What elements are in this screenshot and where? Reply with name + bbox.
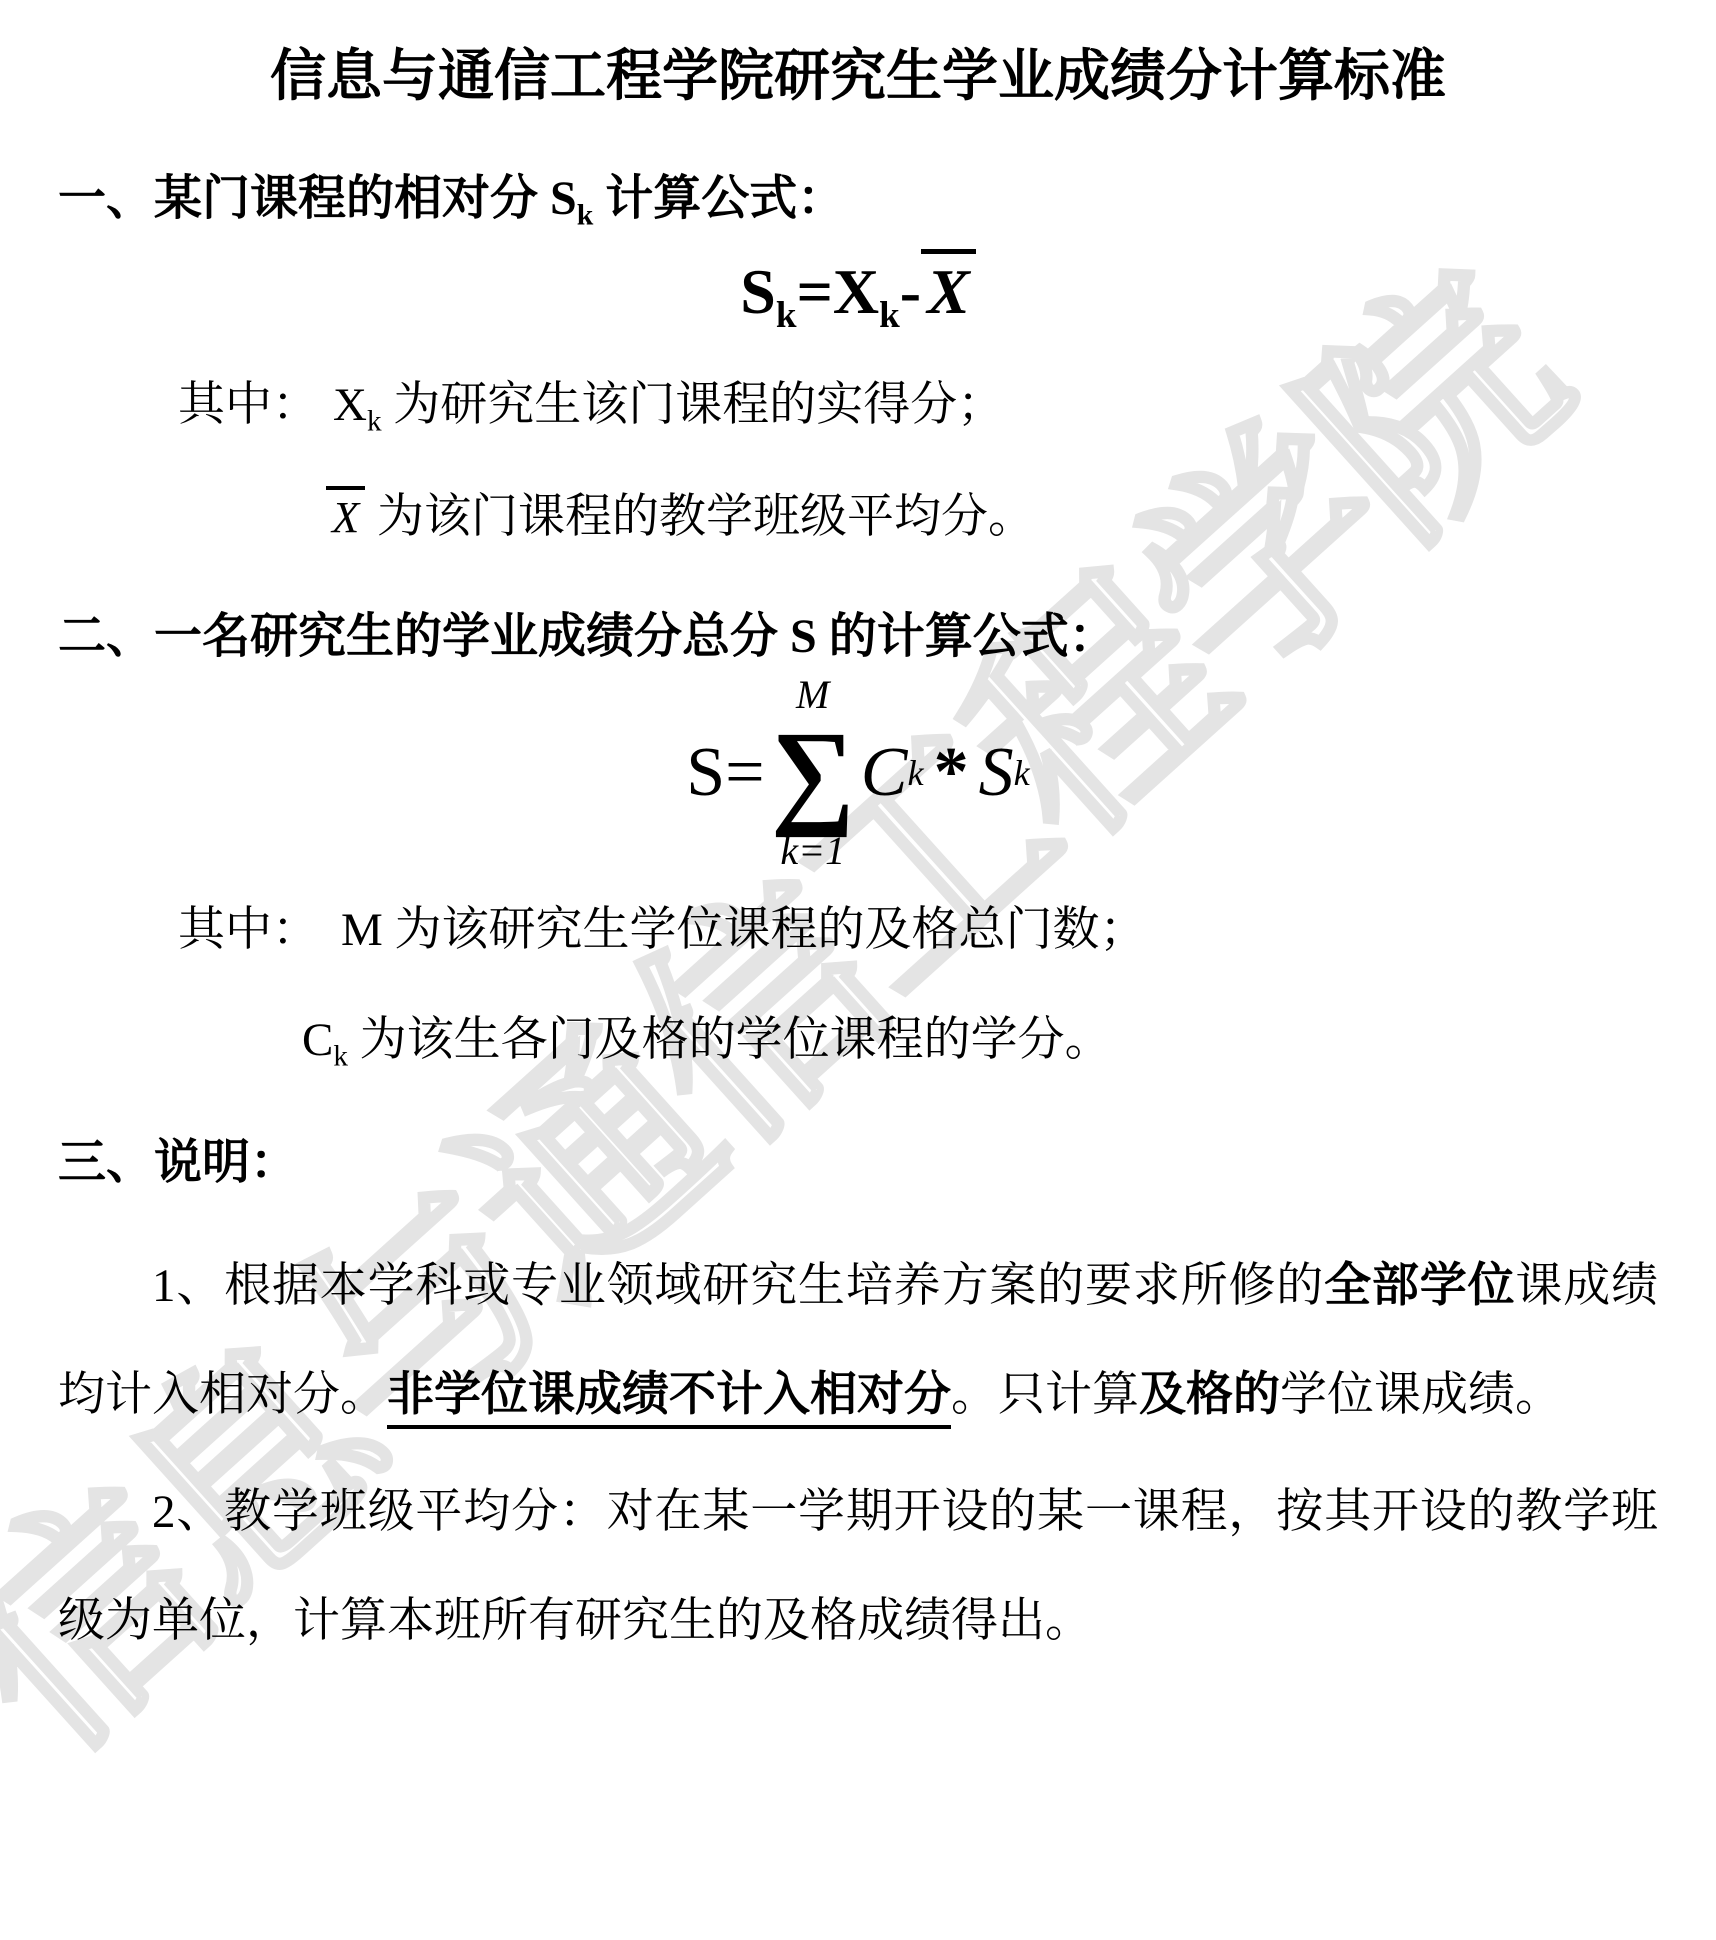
document-content: 信息与通信工程学院研究生学业成绩分计算标准 一、某门课程的相对分 Sk 计算公式…	[0, 0, 1716, 1676]
section2-where-line1: 其中：M 为该研究生学位课程的及格总门数；	[178, 899, 1658, 962]
formula2-C: C	[861, 738, 908, 808]
section2-where-line2-text: 为该生各门及格的学位课程的学分。	[348, 1014, 1112, 1066]
section1-heading-subscript: k	[577, 199, 594, 232]
section1-where-line2: X 为该门课程的教学班级平均分。	[326, 486, 1658, 549]
formula-total-score: S= M ∑ k=1 Ck * Sk	[58, 673, 1658, 873]
var-Ck: C	[302, 1014, 333, 1066]
var-xbar: X	[326, 486, 365, 541]
formula1-S: S	[740, 256, 776, 327]
note1-part-normal: 。只计算	[951, 1369, 1139, 1421]
formula2-Sk: S	[979, 738, 1014, 808]
formula1-equals: =	[796, 256, 832, 327]
sigma-lower-limit: k=1	[780, 829, 845, 873]
formula2-Sk-sub: k	[1014, 755, 1030, 791]
formula2-C-sub: k	[907, 755, 923, 791]
document-title: 信息与通信工程学院研究生学业成绩分计算标准	[58, 42, 1658, 112]
sigma-icon: ∑	[771, 717, 855, 829]
note-item-2: 2、教学班级平均分：对在某一学期开设的某一课程，按其开设的教学班级为单位，计算本…	[58, 1458, 1658, 1676]
note1-part-bold: 全部学位	[1324, 1260, 1515, 1312]
var-Xk-sub: k	[367, 406, 382, 438]
formula2-star: *	[934, 738, 969, 808]
section2-where-line2: Ck 为该生各门及格的学位课程的学分。	[302, 1009, 1658, 1077]
where-label: 其中：	[178, 904, 319, 956]
note1-part-bold: 及格的	[1139, 1369, 1280, 1421]
formula2-equals: =	[725, 738, 764, 808]
formula-relative-score: Sk=Xk-X	[58, 249, 1658, 340]
note1-part-normal: 1、根据本学科或专业领域研究生培养方案的要求所修的	[152, 1260, 1324, 1312]
section2-heading: 二、一名研究生的学业成绩分总分 S 的计算公式：	[58, 608, 1658, 666]
section2-where-line1-text: 为该研究生学位课程的及格总门数；	[383, 904, 1147, 956]
section1-where-line1: 其中：Xk 为研究生该门课程的实得分；	[178, 374, 1658, 442]
section1-where-line2-text: 为该门课程的教学班级平均分。	[365, 491, 1035, 543]
section1-heading: 一、某门课程的相对分 Sk 计算公式：	[58, 170, 1658, 233]
formula1-X-sub: k	[879, 295, 900, 336]
note-item-1: 1、根据本学科或专业领域研究生培养方案的要求所修的全部学位课成绩均计入相对分。非…	[58, 1232, 1658, 1450]
formula1-X: X	[833, 256, 879, 327]
section3-heading: 三、说明：	[58, 1134, 1658, 1192]
var-M: M	[341, 904, 383, 956]
var-Xk: X	[333, 379, 367, 431]
formula2-S: S	[686, 738, 725, 808]
formula1-xbar: X	[921, 249, 976, 325]
sigma-with-limits: M ∑ k=1	[771, 673, 855, 873]
note1-part-bold-underline: 非学位课成绩不计入相对分	[387, 1369, 951, 1429]
formula1-S-sub: k	[776, 295, 797, 336]
formula1-minus: -	[900, 256, 921, 327]
document-page: 信息与通信工程学院 信息与通信工程学院研究生学业成绩分计算标准 一、某门课程的相…	[0, 0, 1716, 1940]
where-label: 其中：	[178, 379, 319, 431]
section1-where-line1-text: 为研究生该门课程的实得分；	[382, 379, 1005, 431]
note1-part-normal: 学位课成绩。	[1280, 1369, 1562, 1421]
var-Ck-sub: k	[333, 1040, 348, 1072]
section1-heading-post: 计算公式：	[593, 172, 845, 225]
section1-heading-pre: 一、某门课程的相对分 S	[58, 172, 577, 225]
